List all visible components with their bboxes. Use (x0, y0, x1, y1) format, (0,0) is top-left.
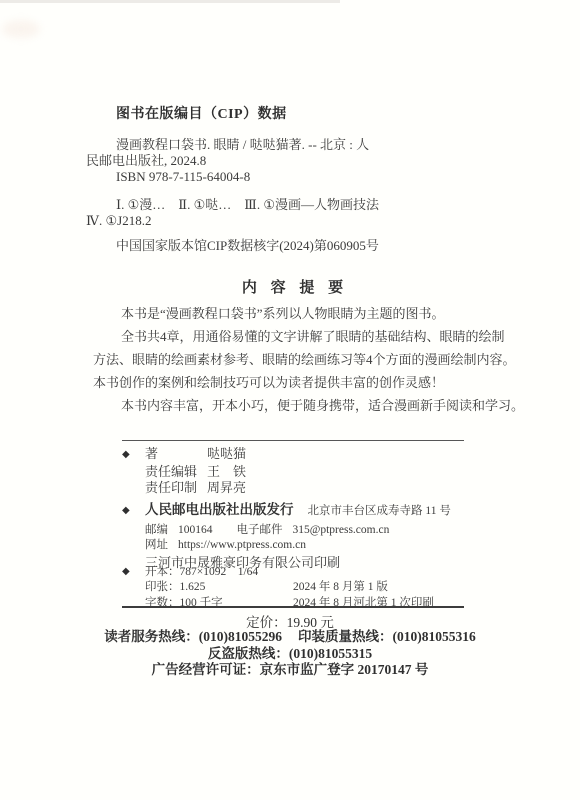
summary-line5: 本书内容丰富，开本小巧，便于随身携带，适合漫画新手阅读和学习。 (93, 394, 524, 417)
website-value: https://www.ptpress.com.cn (178, 539, 306, 551)
format-size-row: ◆开本：787×1092 1/64 (122, 564, 258, 580)
summary-line3: 方法、眼睛的绘画素材参考、眼睛的绘画练习等4个方面的漫画绘制内容。 (93, 348, 524, 371)
credit-label: 责任印制 (145, 480, 207, 497)
diamond-bullet-icon: ◆ (122, 447, 145, 464)
publisher-address: 北京市丰台区成寿寺路 11 号 (308, 505, 451, 517)
divider-thick (122, 606, 464, 608)
ad-license: 广告经营许可证：京东市监广登字 20170147 号 (30, 662, 550, 679)
edition-date: 2024 年 8 月第 1 版 (293, 580, 388, 595)
publisher-name: 人民邮电出版社出版发行 (145, 502, 294, 517)
credit-row-printing-supervisor: 责任印制周昇亮 (122, 480, 246, 497)
website-label: 网址 (145, 539, 168, 551)
postcode-email-row: 邮编100164电子邮件315@ptpress.com.cn (145, 523, 451, 538)
summary-heading: 内 容 提 要 (60, 276, 530, 297)
credit-row-editor: 责任编辑王 铁 (122, 464, 246, 481)
photo-edge-artifact (0, 0, 340, 3)
publisher-row: ◆人民邮电出版社出版发行北京市丰台区成寿寺路 11 号 (122, 498, 451, 519)
hotlines-block: 读者服务热线：(010)81055296印装质量热线：(010)81055316… (30, 629, 550, 679)
summary-line1: 本书是“漫画教程口袋书”系列以人物眼睛为主题的图书。 (93, 302, 524, 325)
format-block: ◆开本：787×1092 1/64 印张：1.6252024 年 8 月第 1 … (122, 564, 258, 611)
postcode-label: 邮编 (145, 524, 168, 536)
credit-value: 周昇亮 (207, 480, 246, 497)
format-sheets-row: 印张：1.6252024 年 8 月第 1 版 (122, 580, 258, 595)
diamond-bullet-icon: ◆ (122, 505, 145, 516)
credit-value: 王 铁 (207, 464, 246, 481)
antipiracy-hotline: 反盗版热线：(010)81055315 (30, 646, 550, 663)
format-words-row: 字数：100 千字2024 年 8 月河北第 1 次印刷 (122, 596, 258, 611)
reader-hotline: 读者服务热线：(010)81055296 (104, 629, 282, 644)
sheets-value: 1.625 (180, 581, 206, 593)
cip-registry-number: 中国国家版本馆CIP数据核字(2024)第060905号 (86, 238, 379, 254)
format-size-value: 787×1092 1/64 (180, 566, 259, 578)
photo-smudge-artifact (2, 20, 40, 38)
sheets-label: 印张： (145, 581, 180, 593)
cip-classification-line2: Ⅳ. ①J218.2 (86, 213, 379, 229)
email-label: 电子邮件 (237, 524, 283, 536)
diamond-bullet-icon: ◆ (122, 564, 145, 579)
quality-hotline: 印装质量热线：(010)81055316 (298, 629, 476, 644)
credit-value: 哒哒猫 (207, 446, 246, 463)
summary-block: 本书是“漫画教程口袋书”系列以人物眼睛为主题的图书。 全书共4章，用通俗易懂的文… (93, 302, 524, 417)
cip-isbn: ISBN 978-7-115-64004-8 (86, 169, 379, 185)
credit-label: 责任编辑 (145, 464, 207, 481)
book-copyright-page: 图书在版编目（CIP）数据 漫画教程口袋书. 眼睛 / 哒哒猫著. -- 北京 … (0, 0, 580, 800)
cip-classification-line1: Ⅰ. ①漫… Ⅱ. ①哒… Ⅲ. ①漫画—人物画技法 (86, 197, 379, 213)
cip-record-block: 漫画教程口袋书. 眼睛 / 哒哒猫著. -- 北京 : 人 民邮电出版社, 20… (86, 137, 379, 254)
email-value: 315@ptpress.com.cn (293, 524, 390, 536)
credits-block: ◆著哒哒猫 责任编辑王 铁 责任印制周昇亮 (122, 446, 246, 497)
publisher-block: ◆人民邮电出版社出版发行北京市丰台区成寿寺路 11 号 邮编100164电子邮件… (122, 498, 451, 571)
website-row: 网址https://www.ptpress.com.cn (145, 538, 451, 553)
cip-record-line2: 民邮电出版社, 2024.8 (86, 153, 379, 169)
impression-date: 2024 年 8 月河北第 1 次印刷 (293, 596, 434, 611)
credit-label: 著 (145, 446, 207, 463)
cip-heading: 图书在版编目（CIP）数据 (116, 103, 287, 123)
price-line: 定价：19.90 元 (60, 611, 520, 631)
hotline-row1: 读者服务热线：(010)81055296印装质量热线：(010)81055316 (30, 629, 550, 646)
summary-line2: 全书共4章，用通俗易懂的文字讲解了眼睛的基础结构、眼睛的绘制 (93, 325, 524, 348)
cip-record-line1: 漫画教程口袋书. 眼睛 / 哒哒猫著. -- 北京 : 人 (86, 137, 379, 153)
summary-line4: 本书创作的案例和绘制技巧可以为读者提供丰富的创作灵感！ (93, 371, 524, 394)
divider-thin (122, 440, 464, 441)
format-size-label: 开本： (145, 566, 180, 578)
postcode-value: 100164 (178, 524, 213, 536)
credit-row-author: ◆著哒哒猫 (122, 446, 246, 464)
